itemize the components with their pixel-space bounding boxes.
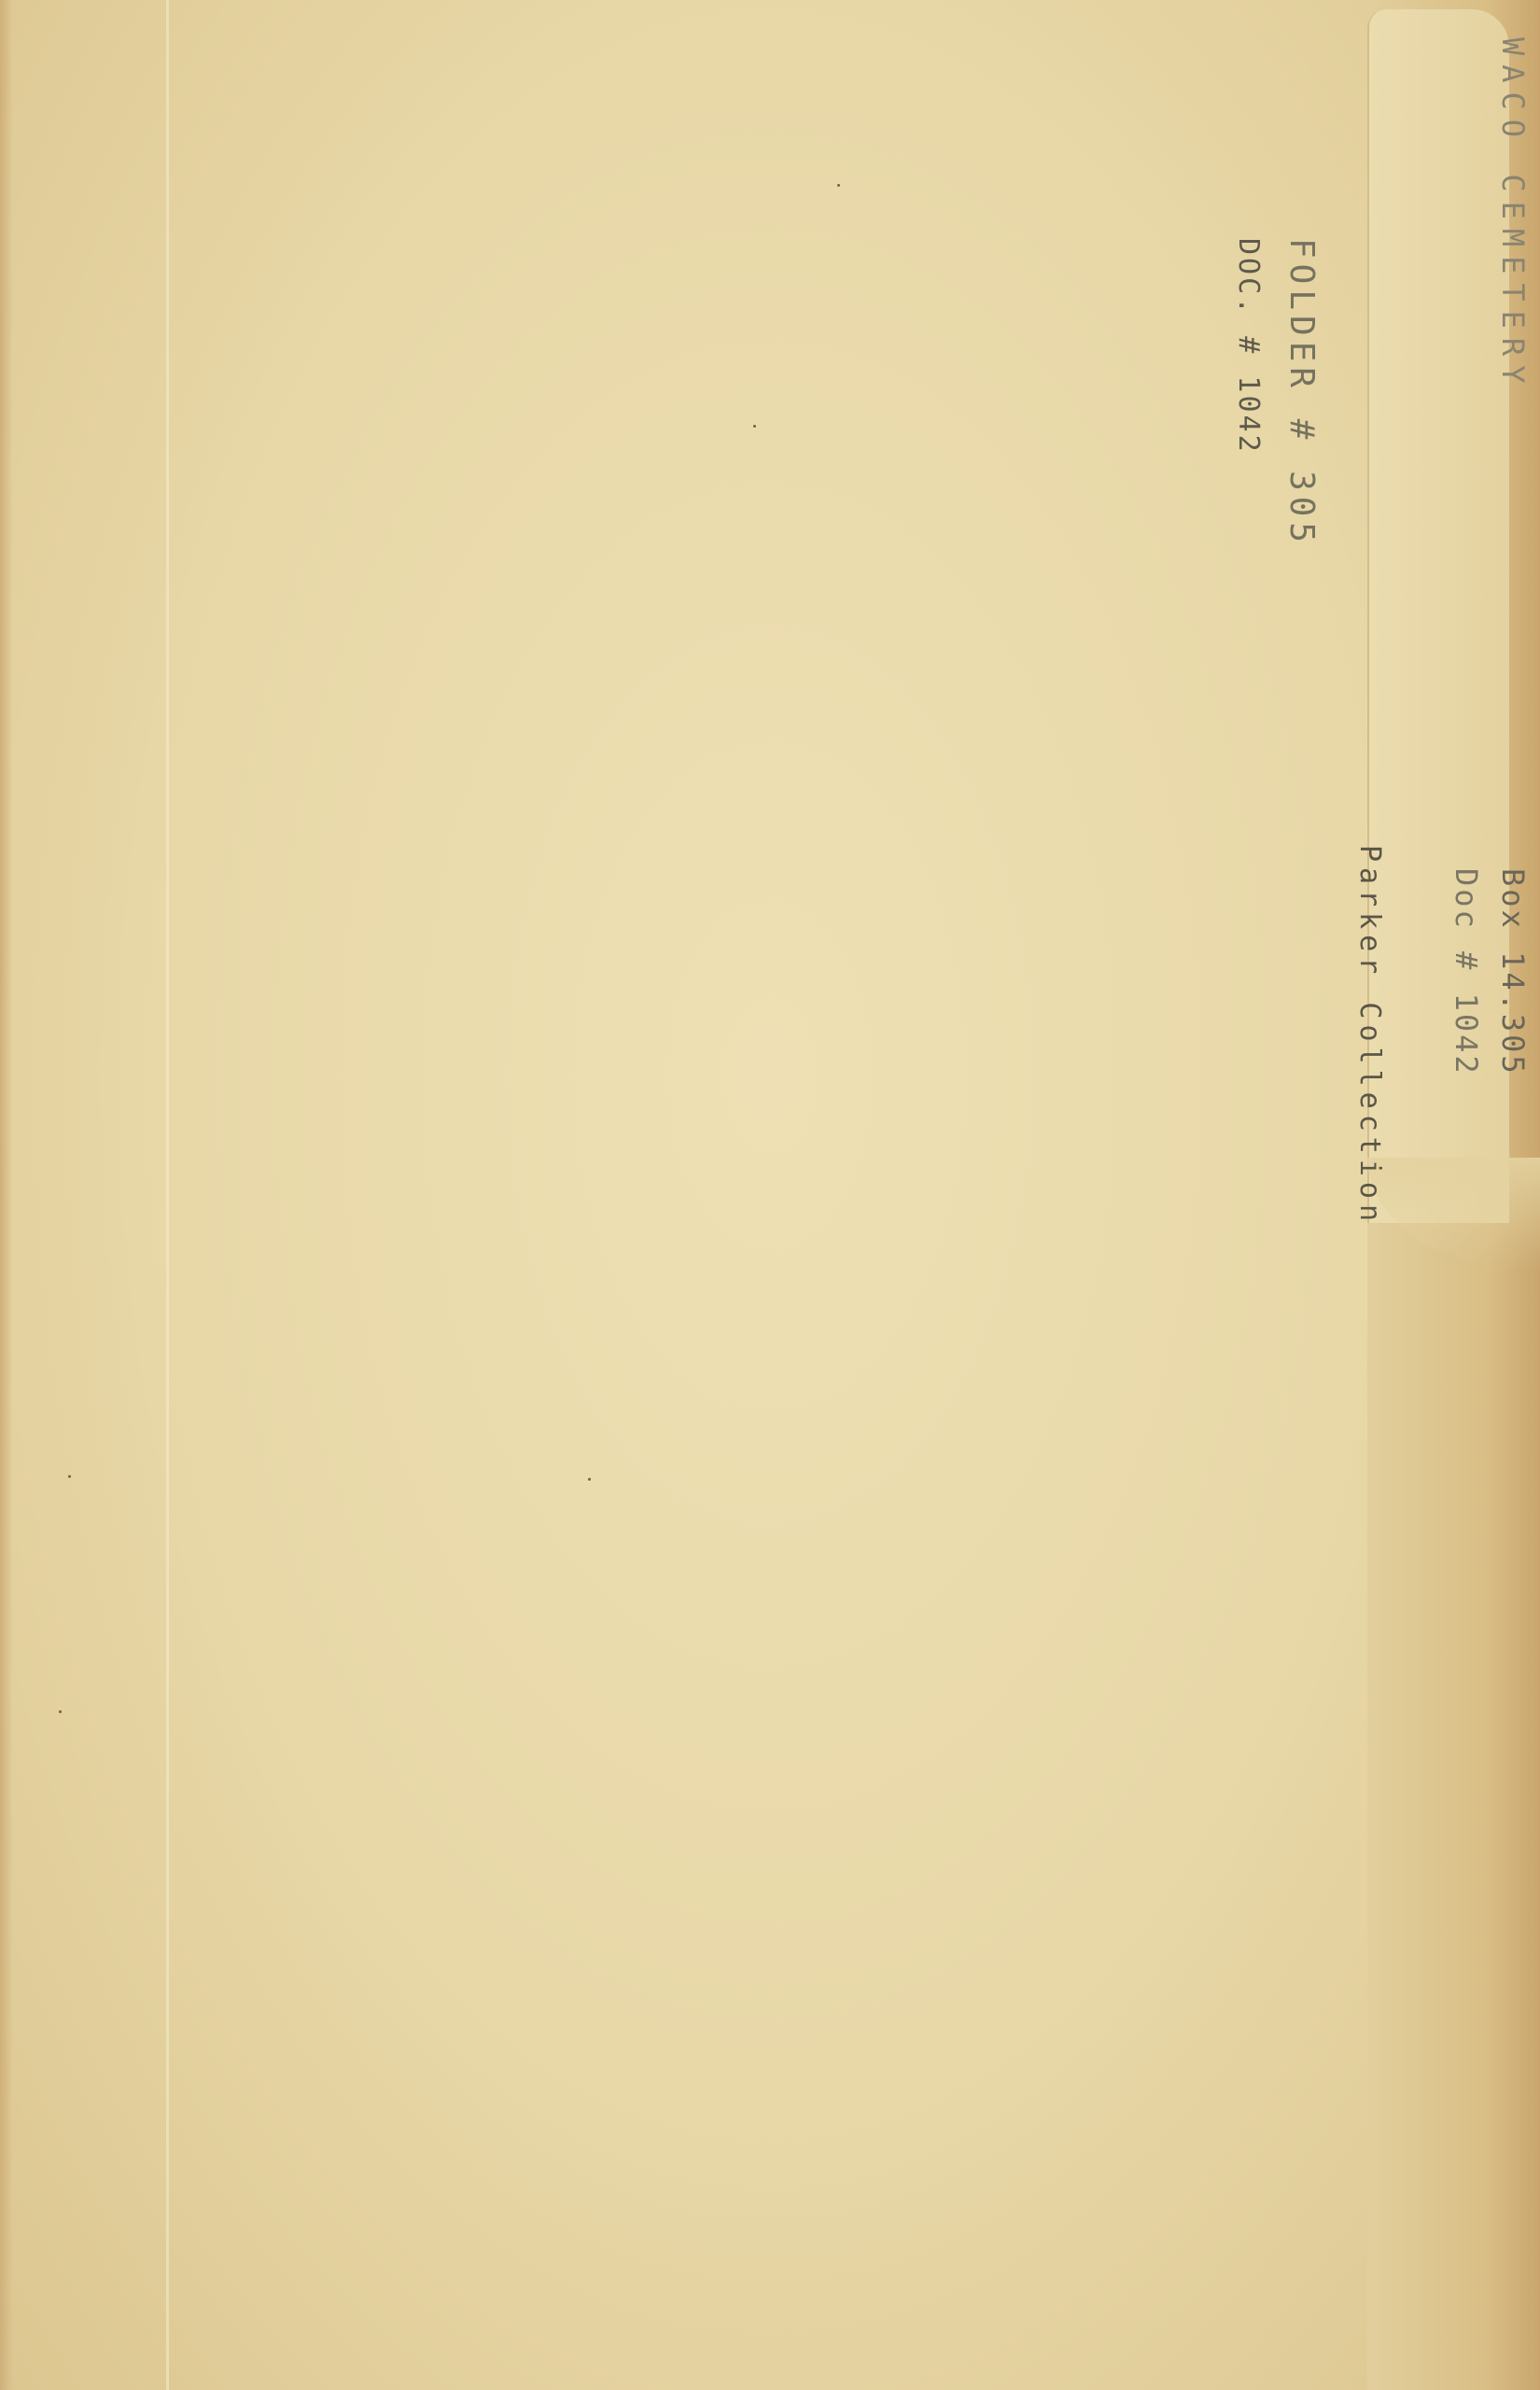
folder-title-label: WACO CEMETERY [1495,37,1531,392]
folder-fold-line [166,0,169,2390]
paper-speck [753,425,756,428]
collection-label: Parker Collection [1353,845,1386,1227]
box-number-label: Box 14.305 [1495,868,1531,1076]
tab-doc-number-label: Doc # 1042 [1449,868,1484,1076]
paper-speck [837,184,840,187]
paper-speck [588,1478,591,1481]
folder-number-label: FOLDER # 305 [1282,238,1321,548]
folder-left-edge [0,0,13,2390]
paper-speck [59,1710,62,1713]
doc-number-label: DOC. # 1042 [1232,238,1265,455]
folder-tab [1367,9,1509,1223]
paper-speck [68,1475,71,1478]
